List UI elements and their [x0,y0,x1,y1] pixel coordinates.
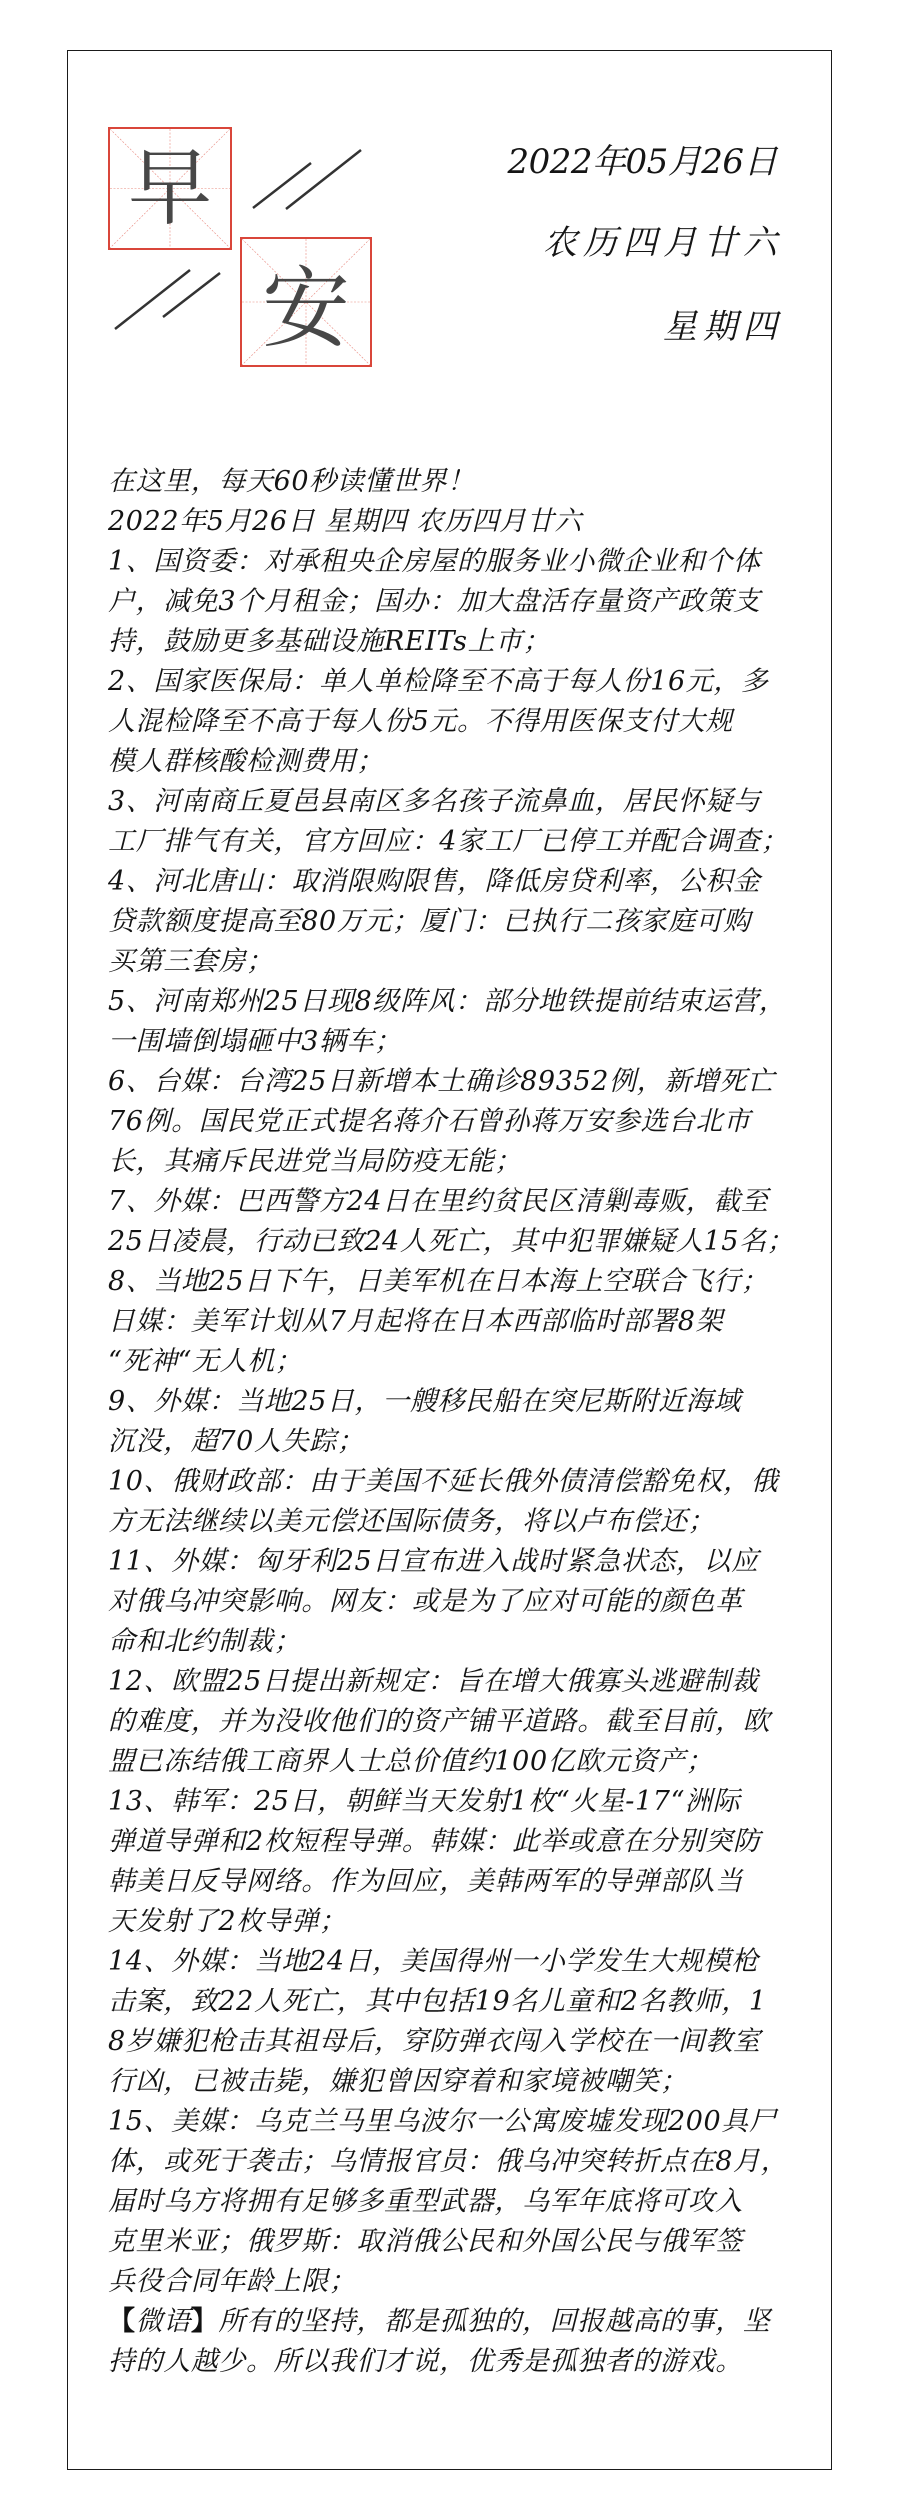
news-item-6: 76例。国民党正式提名蒋介石曾孙蒋万安参选台北市 [108,1102,808,1142]
news-item-15: 届时乌方将拥有足够多重型武器，乌军年底将可攻入 [108,2182,808,2222]
news-item-11: 对俄乌冲突影响。网友：或是为了应对可能的颜色革 [108,1582,808,1622]
news-item-4: 贷款额度提高至80万元；厦门：已执行二孩家庭可购 [108,902,808,942]
news-item-2: 模人群核酸检测费用； [108,742,808,782]
date-gregorian: 2022年05月26日 [507,145,777,179]
intro-line: 在这里，每天60秒读懂世界！ [108,462,808,502]
news-item-13: 弹道导弹和2枚短程导弹。韩媒：此举或意在分别突防 [108,1822,808,1862]
title-char-box-zao: 早 [108,127,232,250]
news-item-5: 5、河南郑州25日现8级阵风：部分地铁提前结束运营， [108,982,808,1022]
weiyu-text: 所有的坚持，都是孤独的，回报越高的事，坚 [218,2306,770,2337]
news-item-13: 天发射了2枚导弹； [108,1902,808,1942]
news-item-13: 13、韩军：25日，朝鲜当天发射1枚“火星-17“洲际 [108,1782,808,1822]
weiyu-label: 微语 [136,2306,191,2337]
news-item-1: 持，鼓励更多基础设施REITs上市； [108,622,808,662]
news-body: 在这里，每天60秒读懂世界！ 2022年5月26日 星期四 农历四月廿六 1、国… [108,462,808,2382]
news-item-15: 兵役合同年龄上限； [108,2262,808,2302]
news-item-9: 沉没，超70人失踪； [108,1422,808,1462]
news-item-8: 日媒：美军计划从7月起将在日本西部临时部署8架 [108,1302,808,1342]
news-item-13: 韩美日反导网络。作为回应，美韩两军的导弹部队当 [108,1862,808,1902]
title-char-an: 安 [242,265,370,353]
news-item-10: 方无法继续以美元偿还国际债务，将以卢布偿还； [108,1502,808,1542]
news-item-7: 25日凌晨，行动已致24人死亡，其中犯罪嫌疑人15名； [108,1222,808,1262]
news-item-11: 命和北约制裁； [108,1622,808,1662]
news-item-5: 一围墙倒塌砸中3辆车； [108,1022,808,1062]
news-item-1: 1、国资委：对承租央企房屋的服务业小微企业和个体 [108,542,808,582]
news-item-2: 人混检降至不高于每人份5元。不得用医保支付大规 [108,702,808,742]
news-item-4: 4、河北唐山：取消限购限售，降低房贷利率，公积金 [108,862,808,902]
news-item-7: 7、外媒：巴西警方24日在里约贫民区清剿毒贩，截至 [108,1182,808,1222]
news-item-2: 2、国家医保局：单人单检降至不高于每人份16元，多 [108,662,808,702]
news-item-6: 6、台媒：台湾25日新增本土确诊89352例，新增死亡 [108,1062,808,1102]
news-item-3: 工厂排气有关，官方回应：4家工厂已停工并配合调查； [108,822,808,862]
weiyu-quote: 持的人越少。所以我们才说，优秀是孤独者的游戏。 [108,2342,808,2382]
news-item-12: 盟已冻结俄工商界人士总价值约100亿欧元资产； [108,1742,808,1782]
news-item-9: 9、外媒：当地25日，一艘移民船在突尼斯附近海域 [108,1382,808,1422]
news-item-11: 11、外媒：匈牙利25日宣布进入战时紧急状态，以应 [108,1542,808,1582]
weiyu-quote: 【微语】所有的坚持，都是孤独的，回报越高的事，坚 [108,2302,808,2342]
weiyu-bracket-open: 【 [108,2306,136,2337]
news-item-3: 3、河南商丘夏邑县南区多名孩子流鼻血，居民怀疑与 [108,782,808,822]
weiyu-bracket-close: 】 [191,2306,219,2337]
news-item-4: 买第三套房； [108,942,808,982]
news-item-1: 户，减免3个月租金；国办：加大盘活存量资产政策支 [108,582,808,622]
news-item-15: 克里米亚；俄罗斯：取消俄公民和外国公民与俄军签 [108,2222,808,2262]
date-weekday: 星期四 [663,310,783,344]
news-item-15: 体，或死于袭击；乌情报官员：俄乌冲突转折点在8月， [108,2142,808,2182]
news-item-14: 8岁嫌犯枪击其祖母后，穿防弹衣闯入学校在一间教室 [108,2022,808,2062]
news-item-14: 击案，致22人死亡，其中包括19名儿童和2名教师，1 [108,1982,808,2022]
news-item-8: “死神“无人机； [108,1342,808,1382]
news-item-12: 12、欧盟25日提出新规定：旨在增大俄寡头逃避制裁 [108,1662,808,1702]
news-item-12: 的难度，并为没收他们的资产铺平道路。截至目前，欧 [108,1702,808,1742]
title-char-box-an: 安 [240,237,372,367]
news-item-14: 14、外媒：当地24日，美国得州一小学发生大规模枪 [108,1942,808,1982]
title-char-zao: 早 [110,146,230,230]
news-item-14: 行凶，已被击毙，嫌犯曾因穿着和家境被嘲笑； [108,2062,808,2102]
date-line: 2022年5月26日 星期四 农历四月廿六 [108,502,808,542]
news-item-8: 8、当地25日下午，日美军机在日本海上空联合飞行； [108,1262,808,1302]
date-lunar: 农历四月廿六 [543,226,783,260]
news-item-6: 长，其痛斥民进党当局防疫无能； [108,1142,808,1182]
news-item-10: 10、俄财政部：由于美国不延长俄外债清偿豁免权，俄 [108,1462,808,1502]
news-item-15: 15、美媒：乌克兰马里乌波尔一公寓废墟发现200具尸 [108,2102,808,2142]
